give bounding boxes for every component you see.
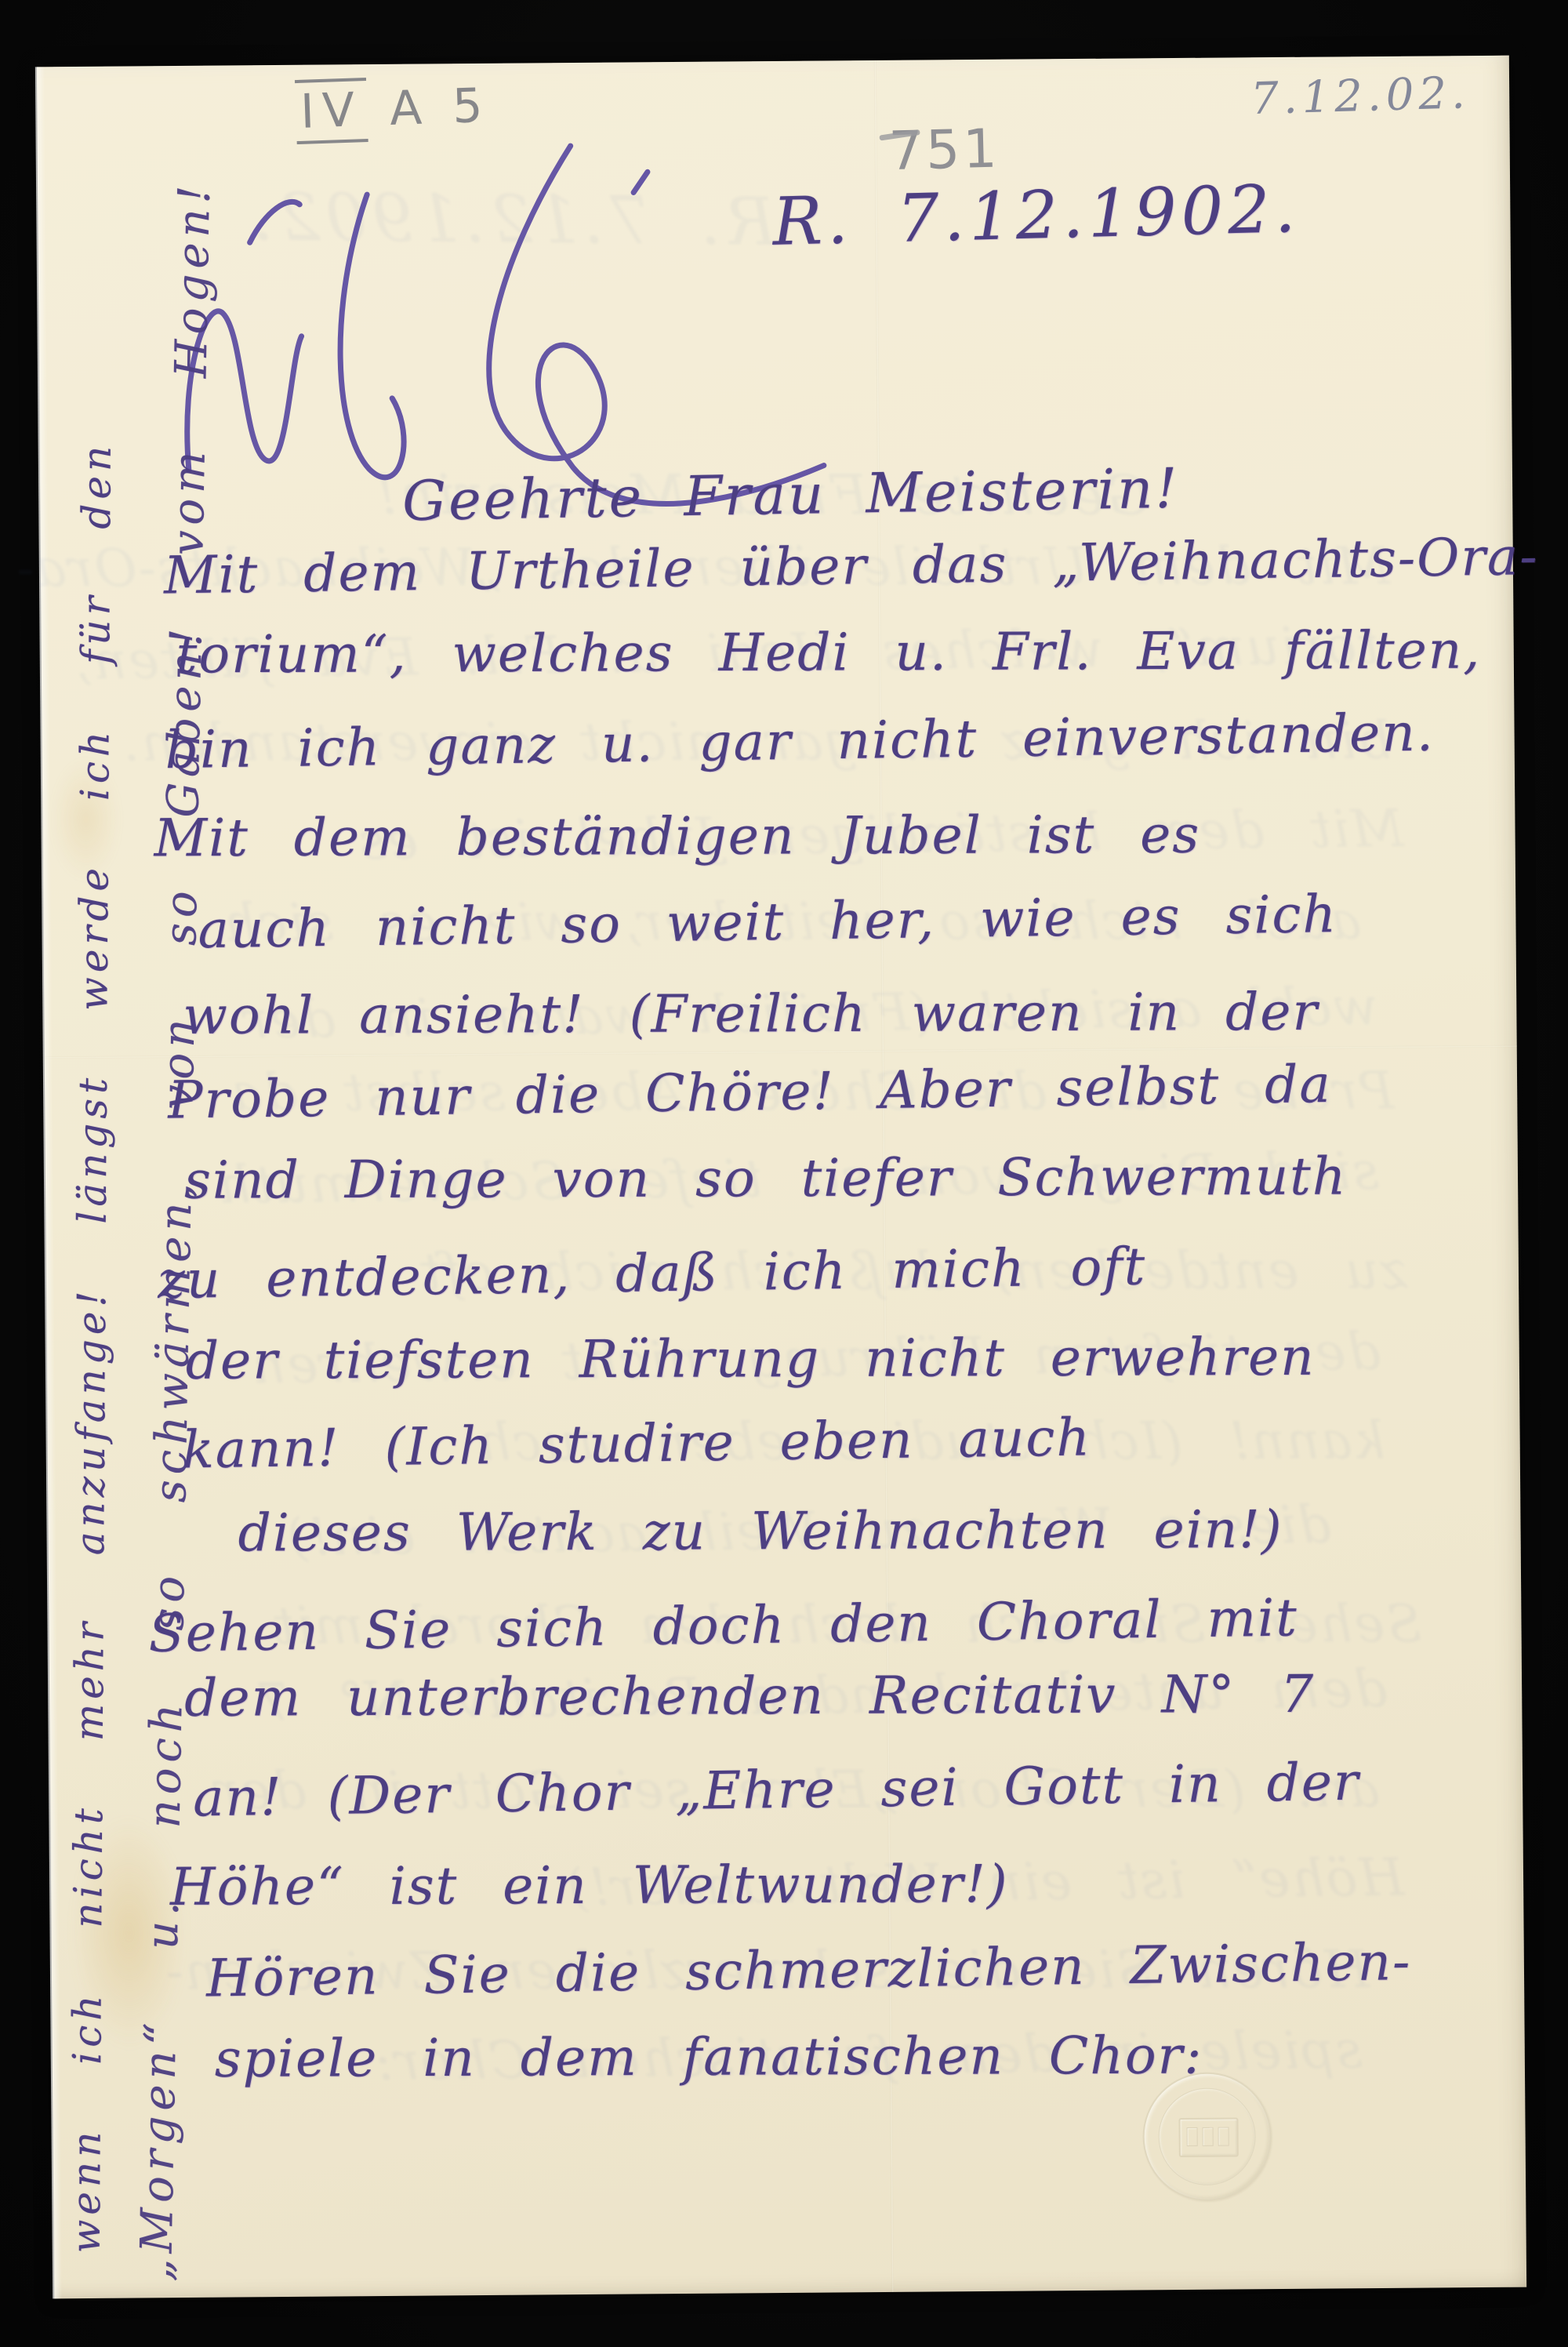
body-line: Mit dem beständigen Jubel ist es (154, 809, 1200, 865)
body-line: Sehen Sie sich doch den Choral mit (148, 1592, 1298, 1659)
body-line: Hören Sie die schmerzlichen Zwischen- (206, 1936, 1412, 2004)
salutation: Geehrte Frau Meisterin! (402, 456, 1180, 533)
body-line: der tiefsten Rührung nicht erwehren (186, 1332, 1316, 1387)
body-line: zu entdecken, daß ich mich oft (158, 1241, 1147, 1307)
body-line: kann! (Ich studire eben auch (182, 1411, 1091, 1476)
seal-window (1187, 2127, 1198, 2146)
dateline: R. 7.12.1902. (771, 170, 1301, 260)
body-line: Probe nur die Chöre! Aber selbst da (168, 1059, 1332, 1127)
body-line: dieses Werk zu Weihnachten ein!) (238, 1504, 1283, 1560)
body-line: an! (Der Chor „Ehre sei Gott in der (193, 1757, 1360, 1825)
embossed-seal-icon (1142, 2072, 1272, 2201)
photograph-background: IV A 5 751 7.12.02. R. 7.12.1902. Geehrt… (0, 0, 1568, 2347)
seal-window (1203, 2127, 1214, 2146)
letter-text: R. 7.12.1902. Geehrte Frau Meisterin! Mi… (37, 56, 1526, 2299)
body-line: sind Dinge von so tiefer Schwermuth (184, 1151, 1347, 1207)
body-line: Höhe“ ist ein Weltwunder!) (170, 1858, 1009, 1913)
seal-window (1218, 2127, 1229, 2146)
letter-page: IV A 5 751 7.12.02. R. 7.12.1902. Geehrt… (37, 56, 1526, 2299)
body-line: wohl ansieht! (Freilich waren in der (183, 986, 1319, 1042)
body-line: torium“, welches Hedi u. Frl. Eva fällte… (176, 625, 1482, 681)
body-line: bin ich ganz u. gar nicht einverstanden. (165, 707, 1435, 777)
body-line: spiele in dem fanatischen Chor: (215, 2030, 1203, 2085)
body-line: Mit dem Urtheile über das „Weihnachts-Or… (164, 531, 1539, 601)
embossed-seal-building (1178, 2117, 1238, 2157)
body-line: dem unterbrechenden Recitativ N° 7 (184, 1669, 1315, 1724)
body-line: auch nicht so weit her, wie es sich (198, 888, 1338, 956)
